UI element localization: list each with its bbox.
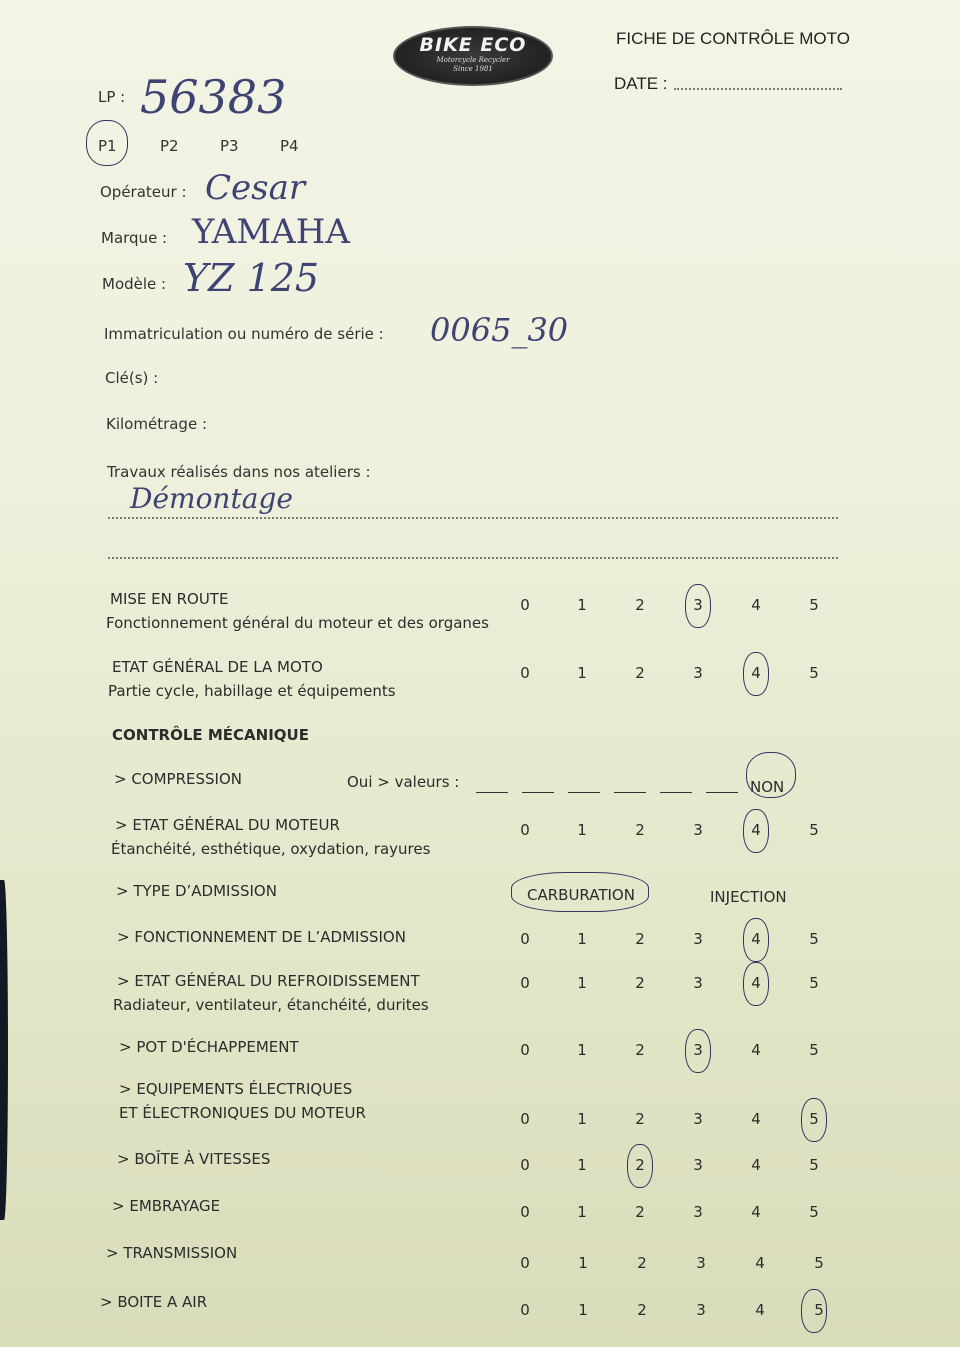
boite-vitesses-score-3[interactable]: 3 — [688, 1156, 708, 1174]
mise-en-route-score-4[interactable]: 4 — [746, 596, 766, 614]
transmission-score-1[interactable]: 1 — [573, 1254, 593, 1272]
position-selected-mark — [86, 120, 128, 166]
compression-value-4[interactable] — [614, 782, 646, 793]
registration-label: Immatriculation ou numéro de série : — [104, 325, 384, 343]
transmission-score-0[interactable]: 0 — [515, 1254, 535, 1272]
boite-vitesses-score-4[interactable]: 4 — [746, 1156, 766, 1174]
boite-a-air-score-0[interactable]: 0 — [515, 1301, 535, 1319]
embrayage-title: > EMBRAYAGE — [112, 1197, 220, 1215]
brand-value[interactable]: YAMAHA — [192, 212, 350, 252]
boite-a-air-score-4[interactable]: 4 — [750, 1301, 770, 1319]
mise-en-route-score-0[interactable]: 0 — [515, 596, 535, 614]
pot-echappement-selected-mark — [685, 1029, 711, 1073]
mise-en-route-subtitle: Fonctionnement général du moteur et des … — [106, 614, 489, 632]
transmission-score-4[interactable]: 4 — [750, 1254, 770, 1272]
embrayage-score-2[interactable]: 2 — [630, 1203, 650, 1221]
transmission-score-3[interactable]: 3 — [691, 1254, 711, 1272]
pot-echappement-score-0[interactable]: 0 — [515, 1041, 535, 1059]
work-line-2[interactable] — [108, 557, 838, 559]
logo-tagline: Motorcycle Recycler — [395, 56, 551, 65]
operator-label: Opérateur : — [100, 183, 187, 201]
pot-echappement-title: > POT D'ÉCHAPPEMENT — [119, 1038, 299, 1056]
etat-general-moteur-subtitle: Étanchéité, esthétique, oxydation, rayur… — [111, 840, 430, 858]
pot-echappement-score-4[interactable]: 4 — [746, 1041, 766, 1059]
etat-general-moto-score-0[interactable]: 0 — [515, 664, 535, 682]
boite-vitesses-score-0[interactable]: 0 — [515, 1156, 535, 1174]
position-option-p2[interactable]: P2 — [160, 137, 179, 155]
equipements-electriques-score-3[interactable]: 3 — [688, 1110, 708, 1128]
mise-en-route-score-5[interactable]: 5 — [804, 596, 824, 614]
date-field[interactable] — [674, 88, 842, 90]
boite-a-air-score-1[interactable]: 1 — [573, 1301, 593, 1319]
etat-general-moteur-score-2[interactable]: 2 — [630, 821, 650, 839]
lp-label: LP : — [98, 88, 125, 106]
etat-general-moteur-title: > ETAT GÉNÉRAL DU MOTEUR — [115, 816, 340, 834]
compression-yes-label: Oui > valeurs : — [347, 773, 459, 791]
boite-a-air-score-3[interactable]: 3 — [691, 1301, 711, 1319]
embrayage-score-1[interactable]: 1 — [572, 1203, 592, 1221]
work-label: Travaux réalisés dans nos ateliers : — [107, 463, 371, 481]
mise-en-route-selected-mark — [685, 584, 711, 628]
logo-brand: BIKE ECO — [395, 34, 551, 56]
embrayage-score-5[interactable]: 5 — [804, 1203, 824, 1221]
work-value[interactable]: Démontage — [130, 482, 293, 515]
equipements-electriques-score-1[interactable]: 1 — [572, 1110, 592, 1128]
model-label: Modèle : — [102, 275, 166, 293]
fonctionnement-admission-selected-mark — [743, 918, 769, 962]
etat-refroidissement-score-5[interactable]: 5 — [804, 974, 824, 992]
etat-refroidissement-score-0[interactable]: 0 — [515, 974, 535, 992]
intake-type-title: > TYPE D’ADMISSION — [116, 882, 277, 900]
etat-general-moto-score-3[interactable]: 3 — [688, 664, 708, 682]
pot-echappement-score-1[interactable]: 1 — [572, 1041, 592, 1059]
date-label: DATE : — [614, 74, 668, 94]
etat-general-moteur-score-1[interactable]: 1 — [572, 821, 592, 839]
etat-refroidissement-score-1[interactable]: 1 — [572, 974, 592, 992]
compression-title: > COMPRESSION — [114, 770, 242, 788]
bike-eco-logo: BIKE ECO Motorcycle Recycler Since 1981 — [393, 26, 553, 86]
equipements-electriques-selected-mark — [801, 1098, 827, 1142]
etat-general-moteur-score-0[interactable]: 0 — [515, 821, 535, 839]
fonctionnement-admission-score-3[interactable]: 3 — [688, 930, 708, 948]
mise-en-route-score-1[interactable]: 1 — [572, 596, 592, 614]
fonctionnement-admission-score-2[interactable]: 2 — [630, 930, 650, 948]
intake-selected-mark — [511, 872, 649, 912]
transmission-title: > TRANSMISSION — [106, 1244, 237, 1262]
form-title: FICHE DE CONTRÔLE MOTO — [616, 29, 850, 49]
intake-option-injection[interactable]: INJECTION — [710, 888, 787, 906]
etat-general-moteur-selected-mark — [743, 809, 769, 853]
boite-vitesses-selected-mark — [627, 1144, 653, 1188]
fonctionnement-admission-score-0[interactable]: 0 — [515, 930, 535, 948]
etat-general-moto-title: ETAT GÉNÉRAL DE LA MOTO — [112, 658, 323, 676]
boite-vitesses-title: > BOÎTE À VITESSES — [117, 1150, 270, 1168]
etat-general-moteur-score-5[interactable]: 5 — [804, 821, 824, 839]
etat-general-moto-selected-mark — [743, 652, 769, 696]
pot-echappement-score-5[interactable]: 5 — [804, 1041, 824, 1059]
compression-value-5[interactable] — [660, 782, 692, 793]
etat-general-moto-score-1[interactable]: 1 — [572, 664, 592, 682]
fonctionnement-admission-title: > FONCTIONNEMENT DE L’ADMISSION — [117, 928, 406, 946]
boite-a-air-selected-mark — [801, 1289, 827, 1333]
registration-value[interactable]: 0065_30 — [430, 311, 568, 349]
position-option-p4[interactable]: P4 — [280, 137, 299, 155]
embrayage-score-3[interactable]: 3 — [688, 1203, 708, 1221]
embrayage-score-4[interactable]: 4 — [746, 1203, 766, 1221]
compression-values — [476, 778, 752, 797]
logo-since: Since 1981 — [395, 65, 551, 74]
boite-vitesses-score-5[interactable]: 5 — [804, 1156, 824, 1174]
boite-vitesses-score-1[interactable]: 1 — [572, 1156, 592, 1174]
brand-label: Marque : — [101, 229, 167, 247]
lp-value[interactable]: 56383 — [140, 70, 286, 124]
etat-general-moto-score-2[interactable]: 2 — [630, 664, 650, 682]
etat-refroidissement-subtitle: Radiateur, ventilateur, étanchéité, duri… — [113, 996, 429, 1014]
etat-refroidissement-score-3[interactable]: 3 — [688, 974, 708, 992]
compression-value-1[interactable] — [476, 782, 508, 793]
operator-value[interactable]: Cesar — [205, 168, 305, 208]
embrayage-score-0[interactable]: 0 — [515, 1203, 535, 1221]
compression-value-3[interactable] — [568, 782, 600, 793]
etat-general-moto-score-5[interactable]: 5 — [804, 664, 824, 682]
pot-echappement-score-2[interactable]: 2 — [630, 1041, 650, 1059]
work-line-1[interactable] — [108, 517, 838, 519]
position-option-p3[interactable]: P3 — [220, 137, 239, 155]
equipements-electriques-score-4[interactable]: 4 — [746, 1110, 766, 1128]
etat-refroidissement-selected-mark — [743, 962, 769, 1006]
boite-a-air-score-2[interactable]: 2 — [632, 1301, 652, 1319]
mise-en-route-title: MISE EN ROUTE — [110, 590, 228, 608]
transmission-score-2[interactable]: 2 — [632, 1254, 652, 1272]
compression-value-2[interactable] — [522, 782, 554, 793]
compression-no-selected-mark — [746, 752, 796, 798]
fonctionnement-admission-score-1[interactable]: 1 — [572, 930, 592, 948]
fonctionnement-admission-score-5[interactable]: 5 — [804, 930, 824, 948]
boite-a-air-title: > BOITE A AIR — [100, 1293, 207, 1311]
etat-refroidissement-title: > ETAT GÉNÉRAL DU REFROIDISSEMENT — [117, 972, 420, 990]
etat-general-moteur-score-3[interactable]: 3 — [688, 821, 708, 839]
page-shadow-edge — [0, 880, 8, 1220]
equipements-electriques-score-2[interactable]: 2 — [630, 1110, 650, 1128]
model-value[interactable]: YZ 125 — [183, 256, 319, 300]
mise-en-route-score-2[interactable]: 2 — [630, 596, 650, 614]
mechanical-section-title: CONTRÔLE MÉCANIQUE — [112, 726, 309, 744]
etat-refroidissement-score-2[interactable]: 2 — [630, 974, 650, 992]
keys-label: Clé(s) : — [105, 369, 158, 387]
equipements-electriques-title: > EQUIPEMENTS ÉLECTRIQUES — [119, 1080, 352, 1098]
equipements-electriques-score-0[interactable]: 0 — [515, 1110, 535, 1128]
equipements-electriques-subtitle: ET ÉLECTRONIQUES DU MOTEUR — [119, 1104, 366, 1122]
transmission-score-5[interactable]: 5 — [809, 1254, 829, 1272]
mileage-label: Kilométrage : — [106, 415, 207, 433]
etat-general-moto-subtitle: Partie cycle, habillage et équipements — [108, 682, 396, 700]
compression-value-6[interactable] — [706, 782, 738, 793]
